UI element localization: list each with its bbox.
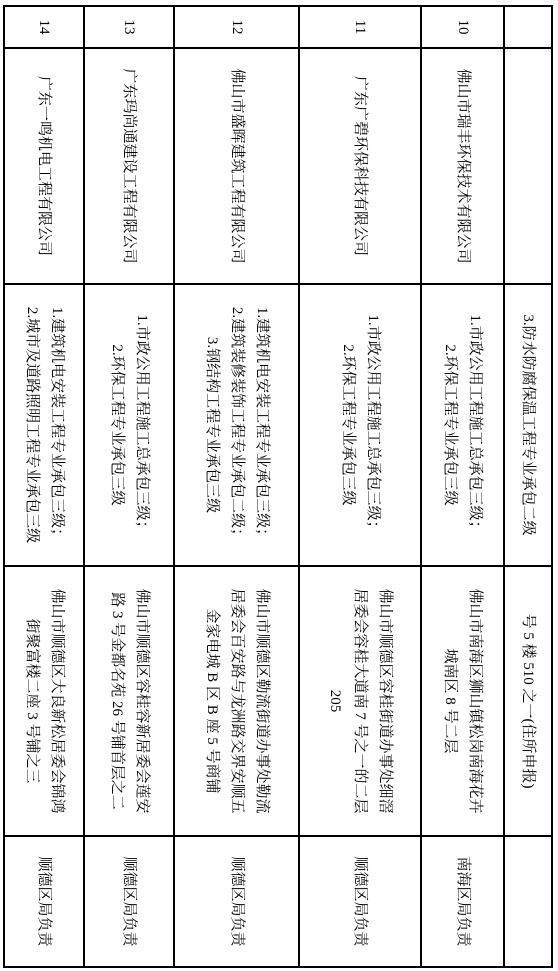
cell-company-name: 广东广碧环保科技有限公司 xyxy=(299,48,421,284)
cell-department: 南海区局负责 xyxy=(421,836,504,967)
table-row: 11广东广碧环保科技有限公司1.市政公用工程施工总承包三级；2.环保工程专业承包… xyxy=(299,6,421,967)
cell-row-number: 14 xyxy=(4,6,84,48)
table-body: 3.防水防腐保温工程专业承包二级号 5 楼 510 之一(住所申报)10佛山市瑞… xyxy=(4,6,552,967)
address-line: 城南区 8 号二层 xyxy=(438,573,463,829)
cell-address: 佛山市顺德区大良新松居委会锦鸿街聚富楼二座 3 号铺之三 xyxy=(4,566,84,836)
cell-row-number: 11 xyxy=(299,6,421,48)
qualification-line: 3.钢结构工程专业承包三级 xyxy=(199,291,224,559)
cell-row-number: 10 xyxy=(421,6,504,48)
registration-table: 3.防水防腐保温工程专业承包二级号 5 楼 510 之一(住所申报)10佛山市瑞… xyxy=(3,5,553,968)
address-line: 号 5 楼 510 之一(住所申报) xyxy=(516,573,541,829)
address-line: 佛山市顺德区勒流街道办事处勒流 xyxy=(249,573,274,829)
cell-address: 佛山市南海区狮山镇松岗南海花卉城南区 8 号二层 xyxy=(421,566,504,836)
address-line: 路 3 号金都名苑 26 号铺首层之二 xyxy=(104,573,129,829)
qualification-line: 1.建筑机电安装工程专业承包三级； xyxy=(249,291,274,559)
cell-department: 顺德区局负责 xyxy=(174,836,299,967)
address-line: 佛山市顺德区容桂容新居委会莲安 xyxy=(129,573,154,829)
rotated-table-wrapper: 3.防水防腐保温工程专业承包二级号 5 楼 510 之一(住所申报)10佛山市瑞… xyxy=(5,5,553,966)
cell-row-number: 13 xyxy=(84,6,174,48)
qualification-line: 2.城市及道路照明工程专业承包三级 xyxy=(19,291,44,559)
cell-company-name: 佛山市盛晖建筑工程有限公司 xyxy=(174,48,299,284)
qualification-line: 1.市政公用工程施工总承包三级； xyxy=(360,291,385,559)
table-row: 14广东一鸣机电工程有限公司1.建筑机电安装工程专业承包三级；2.城市及道路照明… xyxy=(4,6,84,967)
address-line: 205 xyxy=(323,573,348,829)
document-page: 3.防水防腐保温工程专业承包二级号 5 楼 510 之一(住所申报)10佛山市瑞… xyxy=(0,0,558,971)
address-line: 佛山市顺德区容桂街道办事处细滘 xyxy=(373,573,398,829)
address-line: 佛山市南海区狮山镇松岗南海花卉 xyxy=(463,573,488,829)
address-line: 街聚富楼二座 3 号铺之三 xyxy=(19,573,44,829)
cell-address: 号 5 楼 510 之一(住所申报) xyxy=(504,566,552,836)
cell-company-name xyxy=(504,48,552,284)
qualification-line: 1.建筑机电安装工程专业承包三级； xyxy=(44,291,69,559)
qualification-line: 2.环保工程专业承包三级 xyxy=(335,291,360,559)
qualification-line: 1.市政公用工程施工总承包三级； xyxy=(463,291,488,559)
address-line: 居委会百安路与龙洲路交界安顺五 xyxy=(224,573,249,829)
cell-company-name: 广东玛尚通建设工程有限公司 xyxy=(84,48,174,284)
qualification-line: 2.环保工程专业承包三级 xyxy=(438,291,463,559)
table-row: 12佛山市盛晖建筑工程有限公司1.建筑机电安装工程专业承包三级；2.建筑装修装饰… xyxy=(174,6,299,967)
qualification-line: 2.环保工程专业承包三级 xyxy=(104,291,129,559)
cell-row-number: 12 xyxy=(174,6,299,48)
cell-address: 佛山市顺德区勒流街道办事处勒流居委会百安路与龙洲路交界安顺五金家电城 B 区 B… xyxy=(174,566,299,836)
cell-department xyxy=(504,836,552,967)
table-row: 13广东玛尚通建设工程有限公司1.市政公用工程施工总承包三级；2.环保工程专业承… xyxy=(84,6,174,967)
cell-address: 佛山市顺德区容桂街道办事处细滘居委会容桂大道南 7 号之一的二层205 xyxy=(299,566,421,836)
address-line: 金家电城 B 区 B 座 5 号商铺 xyxy=(199,573,224,829)
cell-qualifications: 1.市政公用工程施工总承包三级；2.环保工程专业承包三级 xyxy=(421,284,504,566)
cell-row-number xyxy=(504,6,552,48)
qualification-line: 1.市政公用工程施工总承包三级； xyxy=(129,291,154,559)
cell-qualifications: 1.市政公用工程施工总承包三级；2.环保工程专业承包三级 xyxy=(299,284,421,566)
table-row: 10佛山市瑞丰环保技术有限公司1.市政公用工程施工总承包三级；2.环保工程专业承… xyxy=(421,6,504,967)
qualification-line: 3.防水防腐保温工程专业承包二级 xyxy=(516,291,541,559)
cell-qualifications: 1.建筑机电安装工程专业承包三级；2.城市及道路照明工程专业承包三级 xyxy=(4,284,84,566)
cell-qualifications: 1.市政公用工程施工总承包三级；2.环保工程专业承包三级 xyxy=(84,284,174,566)
cell-qualifications: 3.防水防腐保温工程专业承包二级 xyxy=(504,284,552,566)
cell-qualifications: 1.建筑机电安装工程专业承包三级；2.建筑装修装饰工程专业承包二级；3.钢结构工… xyxy=(174,284,299,566)
cell-department: 顺德区局负责 xyxy=(4,836,84,967)
address-line: 居委会容桂大道南 7 号之一的二层 xyxy=(348,573,373,829)
cell-address: 佛山市顺德区容桂容新居委会莲安路 3 号金都名苑 26 号铺首层之二 xyxy=(84,566,174,836)
table-row: 3.防水防腐保温工程专业承包二级号 5 楼 510 之一(住所申报) xyxy=(504,6,552,967)
cell-department: 顺德区局负责 xyxy=(84,836,174,967)
cell-company-name: 广东一鸣机电工程有限公司 xyxy=(4,48,84,284)
cell-department: 顺德区局负责 xyxy=(299,836,421,967)
cell-company-name: 佛山市瑞丰环保技术有限公司 xyxy=(421,48,504,284)
address-line: 佛山市顺德区大良新松居委会锦鸿 xyxy=(44,573,69,829)
qualification-line: 2.建筑装修装饰工程专业承包二级； xyxy=(224,291,249,559)
